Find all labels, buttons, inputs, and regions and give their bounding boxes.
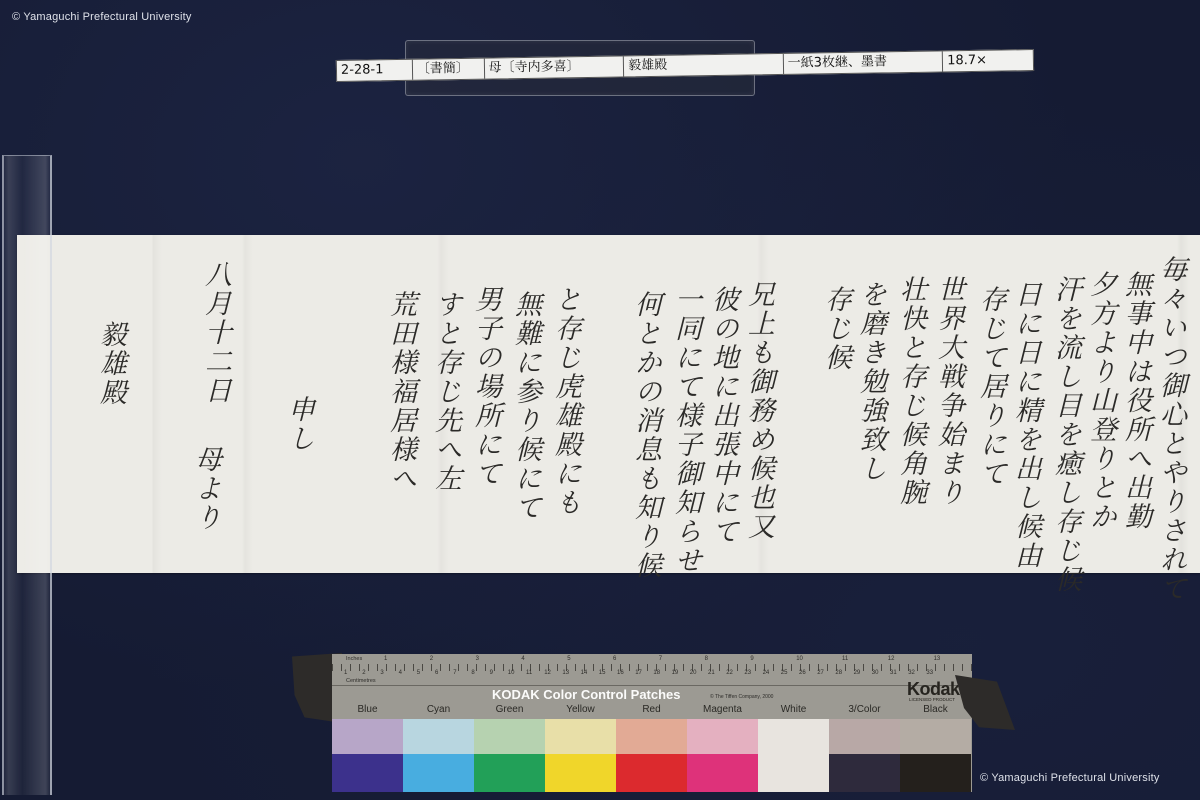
ruler-cm-tick: 24 bbox=[763, 670, 770, 676]
ruler-cm-tick: 7 bbox=[453, 670, 456, 676]
letter-column: 荒田様福居様へ bbox=[387, 290, 414, 493]
ruler-cm-tick: 5 bbox=[417, 670, 420, 676]
letter-column: 男子の場所にて bbox=[472, 285, 499, 488]
color-patch-red-light bbox=[616, 719, 687, 754]
ruler-cm-tick: 32 bbox=[908, 670, 915, 676]
ruler-cm-tick: 20 bbox=[690, 670, 697, 676]
patch-label: Cyan bbox=[403, 704, 474, 715]
letter-column: 彼の地に出張中にて bbox=[709, 285, 736, 546]
letter-column: 無難に参り候にて bbox=[512, 290, 539, 522]
ruler-inches-label: Inches bbox=[346, 656, 362, 662]
letter-column: 世界大戦争始まり bbox=[935, 275, 962, 507]
kodak-copyright: © The Tiffen Company, 2000 bbox=[710, 694, 773, 700]
ruler-cm-tick: 21 bbox=[708, 670, 715, 676]
ruler-cm-tick: 33 bbox=[926, 670, 933, 676]
ruler-cm-tick: 4 bbox=[399, 670, 402, 676]
ruler-cm-tick: 19 bbox=[672, 670, 679, 676]
ruler-inch-tick: 13 bbox=[934, 656, 941, 662]
letter-column: 存じて居りにて bbox=[977, 285, 1004, 488]
ruler-inch-tick: 11 bbox=[842, 656, 848, 662]
ruler-cm-tick: 25 bbox=[781, 670, 788, 676]
ruler-inch-tick: 7 bbox=[659, 656, 662, 662]
copyright-bottom: © Yamaguchi Prefectural University bbox=[980, 772, 1160, 784]
color-patch-cyan-light bbox=[403, 719, 474, 754]
color-patches bbox=[332, 719, 972, 792]
letter-column: 一同にて様子御知らせ bbox=[672, 285, 699, 575]
ruler-cm-tick: 23 bbox=[744, 670, 751, 676]
color-patch-black-dark bbox=[900, 754, 971, 792]
ruler-inch-tick: 4 bbox=[521, 656, 524, 662]
ruler-cm-tick: 29 bbox=[854, 670, 861, 676]
patch-label: Green bbox=[474, 704, 545, 715]
ruler-cm-tick: 17 bbox=[635, 670, 642, 676]
ruler-inch-tick: 9 bbox=[750, 656, 753, 662]
ruler-cm-tick: 22 bbox=[726, 670, 733, 676]
color-patch-3-color-dark bbox=[829, 754, 900, 792]
color-patch-yellow-light bbox=[545, 719, 616, 754]
color-patch-green-dark bbox=[474, 754, 545, 792]
letter-column: 夕方より山登りとか bbox=[1087, 270, 1114, 531]
letter-paper: 毎々いつ御心とやりされて無事中は役所へ出勤夕方より山登りとか汗を流し目を癒し存じ… bbox=[17, 235, 1200, 573]
color-patch-magenta-dark bbox=[687, 754, 758, 792]
ruler-inch-tick: 1 bbox=[384, 656, 387, 662]
label-cell: 一紙3枚継、墨書 bbox=[784, 51, 944, 74]
ruler-inch-tick: 6 bbox=[613, 656, 616, 662]
ruler-inch-tick: 12 bbox=[888, 656, 895, 662]
letter-column: 何とかの消息も知り候 bbox=[632, 290, 659, 580]
color-patch-cyan-dark bbox=[403, 754, 474, 792]
ruler-cm-tick: 11 bbox=[526, 670, 532, 676]
ruler-cm-tick: 6 bbox=[435, 670, 438, 676]
color-patch-black-light bbox=[900, 719, 971, 754]
letter-column: 汗を流し目を癒し存じ候 bbox=[1052, 275, 1079, 594]
letter-column: 毅雄殿 bbox=[97, 320, 124, 407]
ruler-cm-tick: 10 bbox=[508, 670, 515, 676]
color-patch-yellow-dark bbox=[545, 754, 616, 792]
ruler-cm-tick: 26 bbox=[799, 670, 806, 676]
ruler-cm-tick: 2 bbox=[362, 670, 365, 676]
letter-column: 兄上も御務め候也又 bbox=[745, 280, 772, 541]
patch-label: Black bbox=[900, 704, 971, 715]
color-patch-blue-light bbox=[332, 719, 403, 754]
color-patch-white bbox=[758, 719, 829, 792]
ruler-cm-label: Centimetres bbox=[346, 678, 376, 684]
patch-label: White bbox=[758, 704, 829, 715]
measurement-ruler: Inches Centimetres 123456789101112131234… bbox=[332, 654, 972, 686]
letter-column: 無事中は役所へ出勤 bbox=[1122, 270, 1149, 531]
ruler-inch-tick: 8 bbox=[705, 656, 708, 662]
letter-column: を磨き勉強致し bbox=[857, 280, 884, 483]
ruler-cm-tick: 13 bbox=[562, 670, 569, 676]
ruler-inch-tick: 2 bbox=[430, 656, 433, 662]
letter-column: と存じ虎雄殿にも bbox=[552, 285, 579, 517]
letter-column: 申し bbox=[285, 395, 312, 453]
letter-column: 毎々いつ御心とやりされて bbox=[1157, 255, 1184, 603]
ruler-cm-tick: 30 bbox=[872, 670, 879, 676]
ruler-cm-tick: 18 bbox=[653, 670, 660, 676]
ruler-inch-tick: 3 bbox=[476, 656, 479, 662]
color-patch-3-color-light bbox=[829, 719, 900, 754]
patch-label: 3/Color bbox=[829, 704, 900, 715]
kodak-licensed: LICENSED PRODUCT bbox=[909, 697, 955, 702]
ruler-cm-tick: 31 bbox=[890, 670, 897, 676]
letter-column: 母より bbox=[192, 445, 219, 532]
ruler-cm-tick: 3 bbox=[380, 670, 383, 676]
ruler-cm-tick: 9 bbox=[490, 670, 493, 676]
ruler-cm-tick: 16 bbox=[617, 670, 624, 676]
ruler-cm-tick: 14 bbox=[581, 670, 588, 676]
ruler-cm-tick: 1 bbox=[344, 670, 347, 676]
ruler-inch-tick: 5 bbox=[567, 656, 570, 662]
patch-names: BlueCyanGreenYellowRedMagentaWhite3/Colo… bbox=[332, 704, 972, 715]
ruler-cm-tick: 28 bbox=[835, 670, 842, 676]
label-cell: 18.7× bbox=[943, 50, 1033, 71]
patch-label: Red bbox=[616, 704, 687, 715]
patch-label: Blue bbox=[332, 704, 403, 715]
ruler-cm-tick: 8 bbox=[471, 670, 474, 676]
letter-column: 八月十二日 bbox=[202, 260, 229, 405]
color-patch-red-dark bbox=[616, 754, 687, 792]
label-cell: 2-28-1 bbox=[337, 60, 413, 81]
color-patch-magenta-light bbox=[687, 719, 758, 754]
kodak-color-target: Inches Centimetres 123456789101112131234… bbox=[332, 654, 972, 792]
patch-label: Yellow bbox=[545, 704, 616, 715]
label-cell: 毅雄殿 bbox=[624, 54, 784, 77]
letter-column: すと存じ先へ左 bbox=[432, 290, 459, 493]
letter-column: 存じ候 bbox=[822, 285, 849, 372]
label-cell: 〔書簡〕 bbox=[413, 59, 485, 80]
letter-column: 壮快と存じ候角腕 bbox=[897, 275, 924, 507]
copyright-top: © Yamaguchi Prefectural University bbox=[12, 11, 192, 23]
color-patch-blue-dark bbox=[332, 754, 403, 792]
patch-label: Magenta bbox=[687, 704, 758, 715]
label-cell: 母〔寺内多喜〕 bbox=[484, 56, 624, 78]
kodak-title: KODAK Color Control Patches bbox=[492, 687, 681, 702]
ruler-cm-tick: 27 bbox=[817, 670, 824, 676]
color-patch-green-light bbox=[474, 719, 545, 754]
ruler-cm-tick: 15 bbox=[599, 670, 606, 676]
ruler-inch-tick: 10 bbox=[796, 656, 803, 662]
letter-column: 日に日に精を出し候由 bbox=[1012, 280, 1039, 570]
left-glass-weight bbox=[2, 155, 52, 795]
ruler-cm-tick: 12 bbox=[544, 670, 551, 676]
